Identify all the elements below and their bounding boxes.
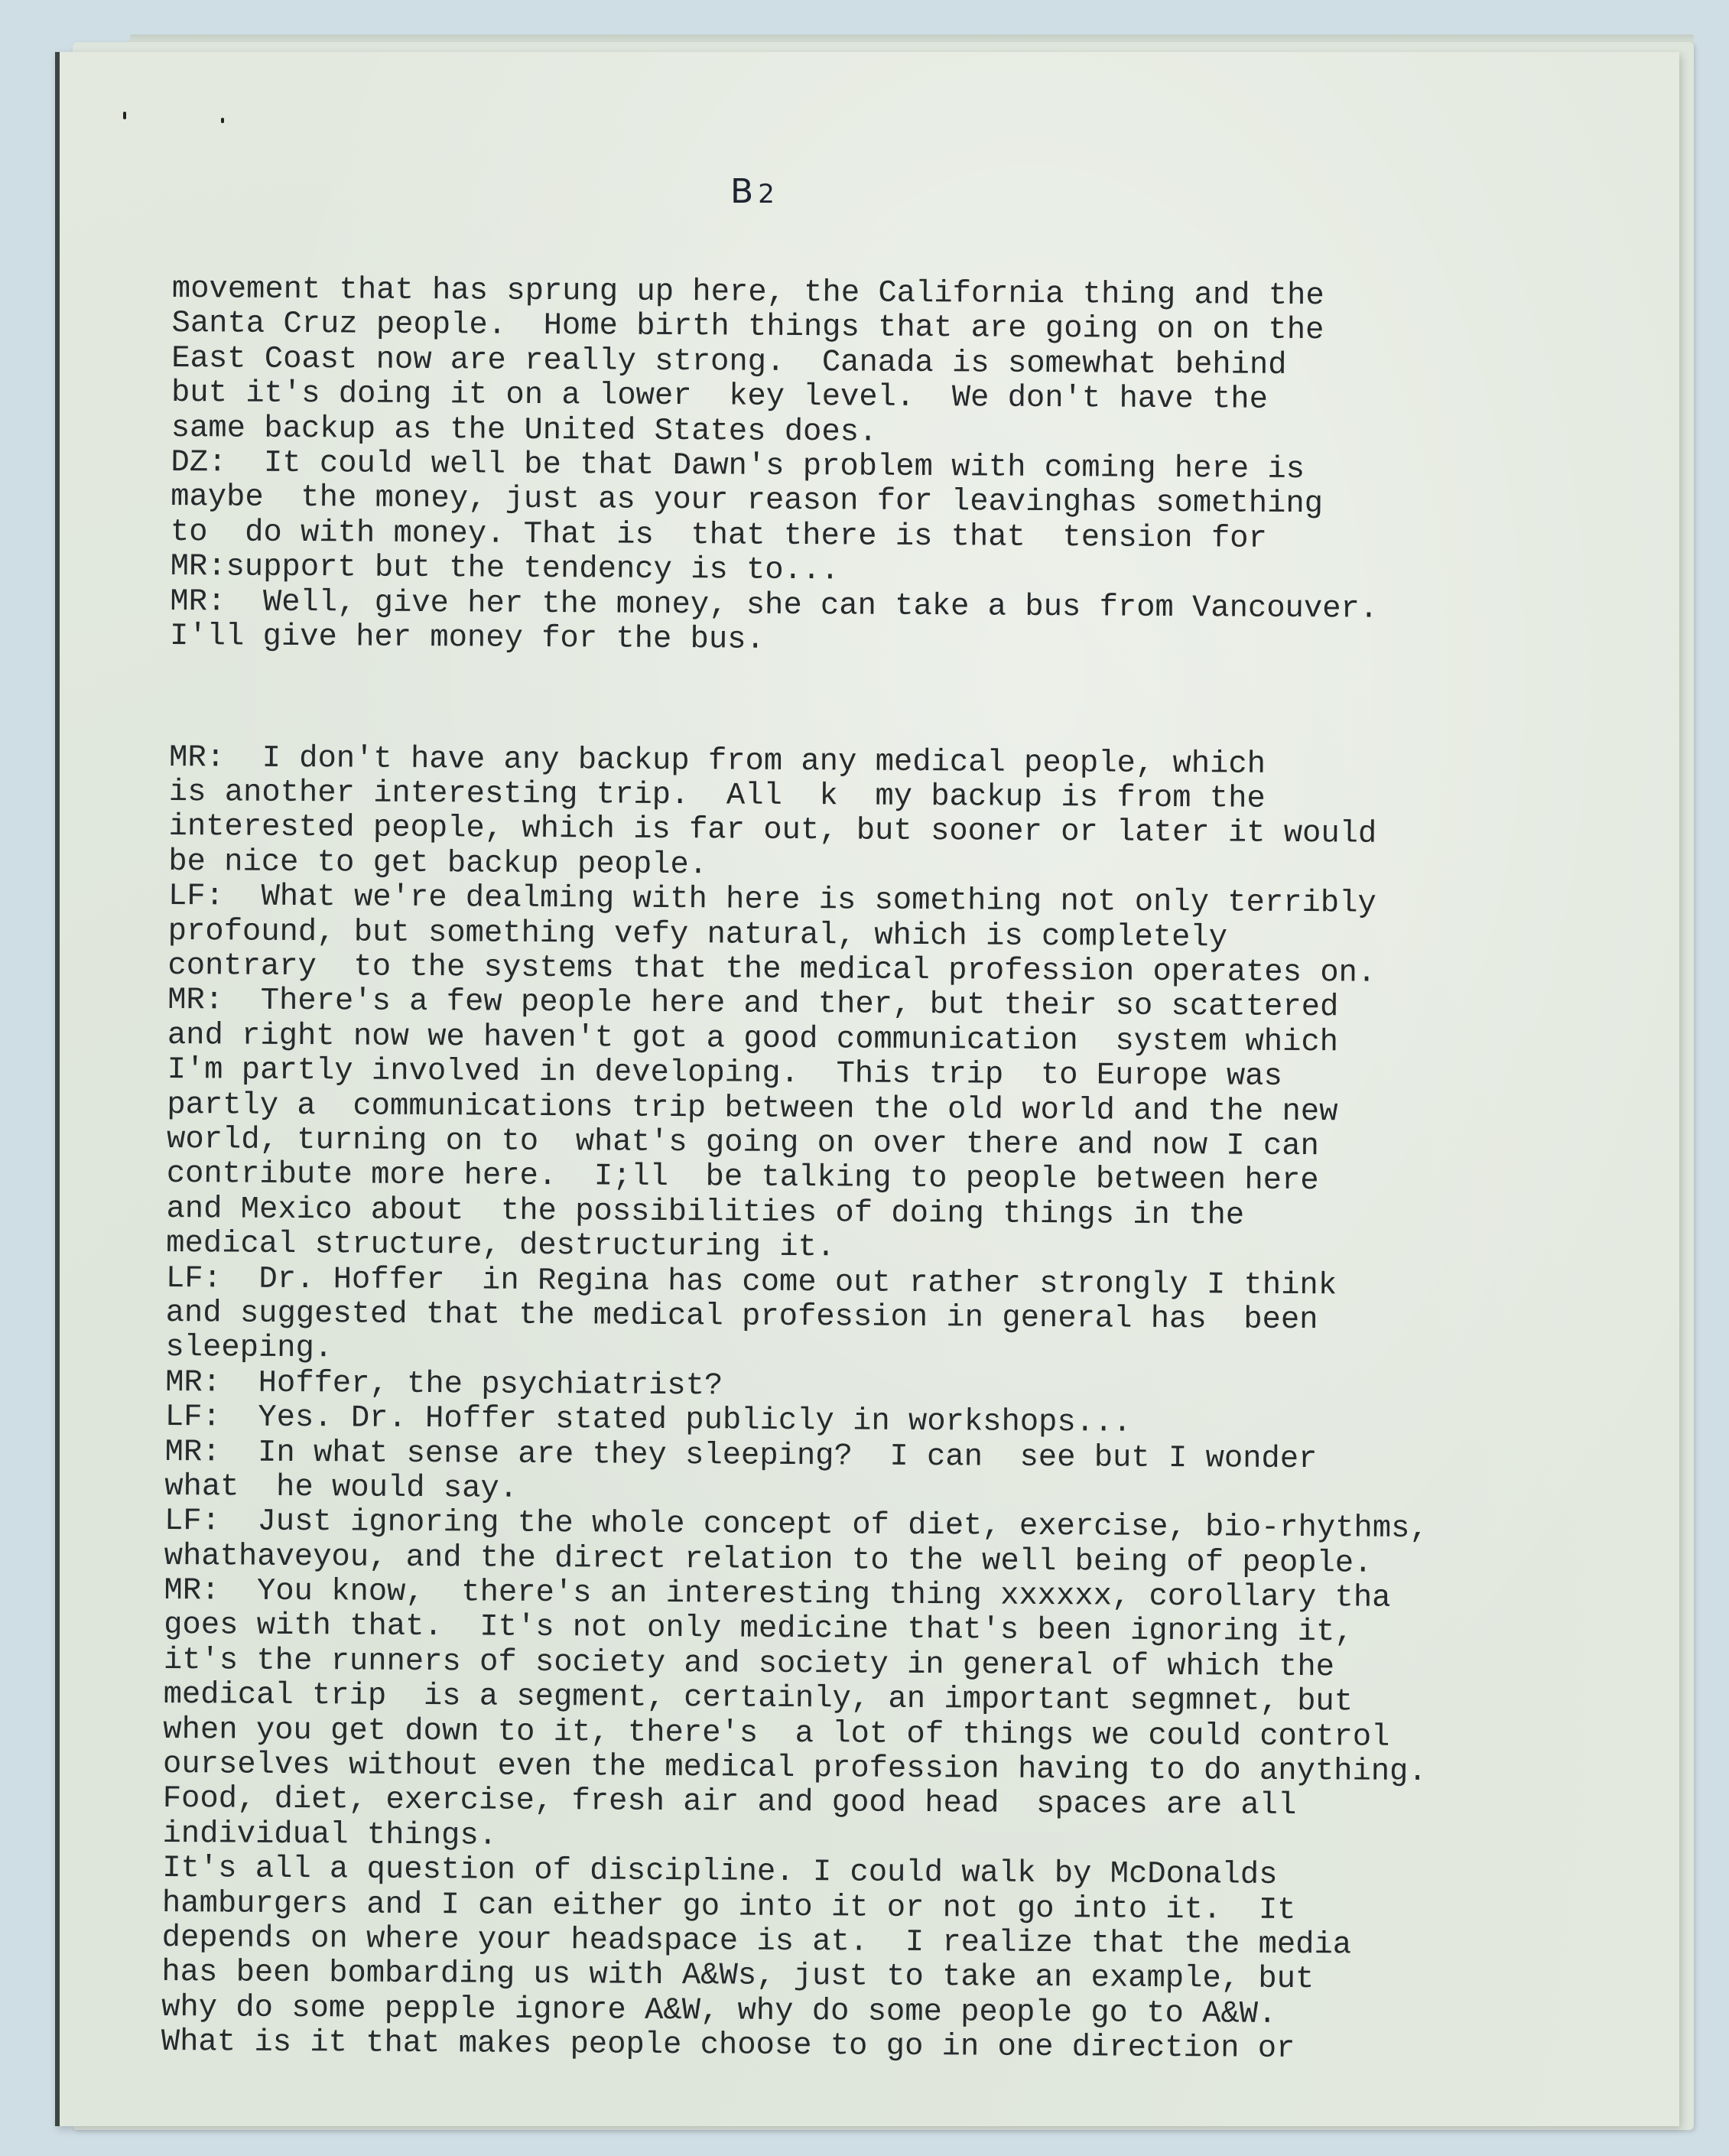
handwritten-page-number: B2 xyxy=(730,172,776,211)
transcript-body: movement that has sprung up here, the Ca… xyxy=(161,272,1625,2069)
page-letter: B xyxy=(730,172,755,211)
page-digit: 2 xyxy=(758,179,776,210)
blank-line xyxy=(170,654,1623,715)
punch-mark xyxy=(221,118,224,123)
punch-mark xyxy=(123,112,126,119)
